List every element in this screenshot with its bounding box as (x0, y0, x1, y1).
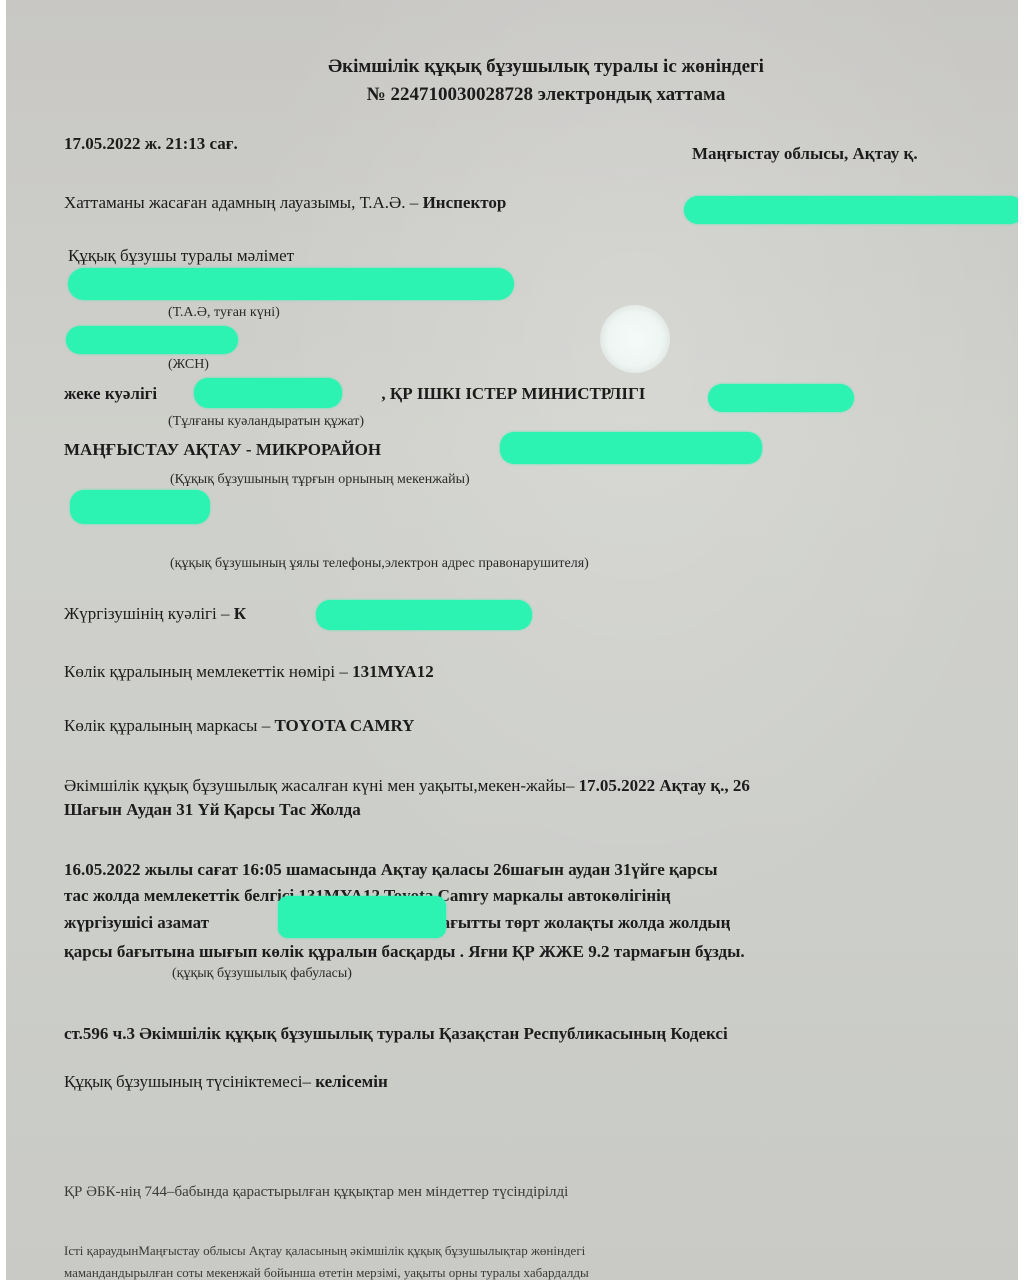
offense-place-label: Әкімшілік құқық бұзушылық жасалған күні … (64, 776, 579, 795)
explanation-line: Құқық бұзушының түсініктемесі– келісемін (64, 1072, 388, 1092)
redaction-id-issuer-detail (708, 384, 854, 412)
redaction-id-number (194, 378, 342, 408)
plate-line: Көлік құралының мемлекеттік нөмірі – 131… (64, 662, 434, 682)
compiler-position: Инспектор (423, 193, 507, 212)
caption-id-document: (Тұлғаны куәландыратын құжат) (168, 414, 364, 430)
driver-license-value: К (234, 604, 246, 623)
caption-iin: (ЖСН) (168, 357, 209, 373)
id-document-line: жеке куәлігі , ҚР ІШКІ ІСТЕР МИНИСТРЛІГІ (64, 384, 645, 404)
caption-phone-email: (құқық бұзушының ұялы телефоны,электрон … (170, 556, 589, 572)
compiler-label: Хаттаманы жасаған адамның лауазымы, Т.А.… (64, 193, 423, 212)
offense-place-value: 17.05.2022 Ақтау қ., 26 (579, 776, 750, 795)
brand-value: TOYOTA CAMRY (274, 716, 414, 735)
address-value: МАҢҒЫСТАУ АҚТАУ - МИКРОРАЙОН (64, 440, 381, 460)
explanation-label: Құқық бұзушының түсініктемесі– (64, 1072, 315, 1091)
court-note-line1: Істі қараудынМаңғыстау облысы Ақтау қала… (64, 1243, 585, 1259)
protocol-date-time: 17.05.2022 ж. 21:13 сағ. (64, 134, 238, 154)
redaction-offender-name-fabula (278, 896, 446, 938)
offender-section-label: Құқық бұзушы туралы мәлімет (68, 246, 294, 266)
brand-line: Көлік құралының маркасы – TOYOTA CAMRY (64, 716, 414, 736)
redaction-iin (66, 326, 238, 354)
court-note-line2: мамандандырылған соты мекенжай бойынша ө… (64, 1265, 589, 1280)
brand-label: Көлік құралының маркасы – (64, 716, 274, 735)
redaction-phone (70, 490, 210, 524)
caption-name-birth: (Т.А.Ә, туған күні) (168, 305, 280, 321)
id-label: жеке куәлігі (64, 384, 161, 403)
plate-label: Көлік құралының мемлекеттік нөмірі – (64, 662, 352, 681)
rights-note: ҚР ӘБК-нің 744–бабында қарастырылған құқ… (64, 1184, 568, 1201)
fabula-line4: қарсы бағытына шығып көлік құралын басқа… (64, 942, 745, 962)
plate-value: 131MYA12 (352, 662, 434, 681)
redaction-inspector-name (684, 196, 1018, 224)
offense-place-line1: Әкімшілік құқық бұзушылық жасалған күні … (64, 776, 750, 796)
caption-address: (Құқық бұзушының тұрғын орнының мекенжай… (170, 472, 470, 488)
explanation-value: келісемін (315, 1072, 388, 1091)
document-photo: Әкімшілік құқық бұзушылық туралы іс жөні… (6, 0, 1018, 1280)
fabula-line1: 16.05.2022 жылы сағат 16:05 шамасында Ақ… (64, 860, 718, 880)
redaction-address (500, 432, 762, 464)
driver-license-label: Жүргізушінің куәлігі – (64, 604, 234, 623)
document-title-line2: № 224710030028728 электрондық хаттама (6, 84, 1018, 106)
caption-fabula: (құқық бұзушылық фабуласы) (172, 966, 352, 982)
redaction-offender-name-birth (68, 268, 514, 300)
protocol-location: Маңғыстау облысы, Ақтау қ. (692, 144, 918, 164)
redaction-driver-license (316, 600, 532, 630)
id-issuer: , ҚР ІШКІ ІСТЕР МИНИСТРЛІГІ (381, 384, 645, 403)
legal-article: ст.596 ч.3 Әкімшілік құқық бұзушылық тур… (64, 1024, 728, 1044)
offense-place-line2: Шағын Аудан 31 Үй Қарсы Тас Жолда (64, 800, 361, 820)
driver-license-line: Жүргізушінің куәлігі – К (64, 604, 246, 624)
document-title-line1: Әкімшілік құқық бұзушылық туралы іс жөні… (6, 56, 1018, 78)
compiler-line: Хаттаманы жасаған адамның лауазымы, Т.А.… (64, 193, 506, 213)
fabula-line3-start: жүргізушісі азамат (64, 913, 213, 932)
camera-glare (600, 305, 670, 373)
